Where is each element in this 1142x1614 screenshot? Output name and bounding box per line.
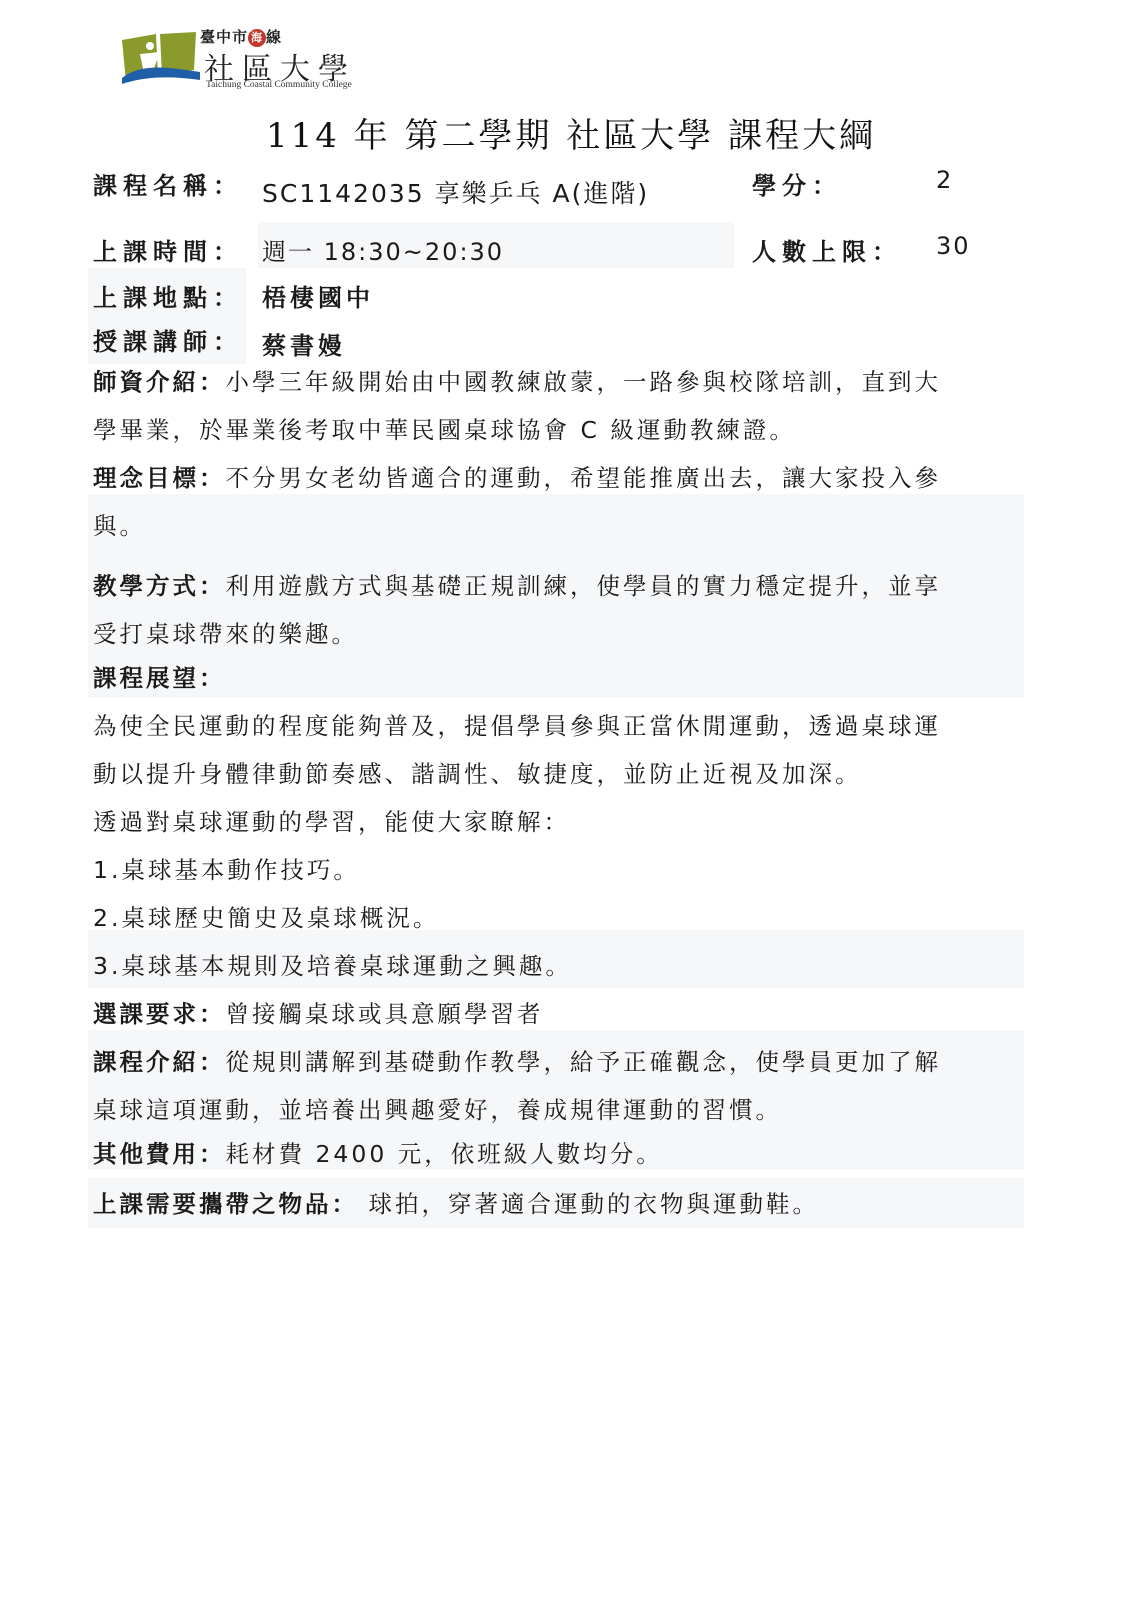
time-label: 上課時間： (93, 232, 243, 267)
goal-label: 理念目標： (93, 464, 226, 492)
page-title: 114 年 第二學期 社區大學 課程大綱 (0, 108, 1142, 157)
method-section: 教學方式：利用遊戲方式與基礎正規訓練，使學員的實力穩定提升，並享 受打桌球帶來的… (93, 562, 1053, 658)
outlook-section: 課程展望： 為使全民運動的程度能夠普及，提倡學員參與正當休閒運動，透過桌球運 動… (93, 654, 1053, 990)
outlook-label: 課程展望： (93, 664, 226, 692)
location-value: 梧棲國中 (262, 278, 374, 313)
capacity-label: 人數上限： (752, 232, 902, 267)
open-book-logo-icon (122, 32, 200, 84)
course-name-value: SC1142035 享樂乒乓 A(進階) (262, 174, 649, 210)
outlook-item: 3.桌球基本規則及培養桌球運動之興趣。 (93, 952, 572, 980)
logo-english-text: Taichung Coastal Community College (206, 80, 352, 90)
bring-label: 上課需要攜帶之物品： (93, 1190, 358, 1218)
credits-value: 2 (936, 166, 953, 194)
method-label: 教學方式： (93, 572, 226, 600)
credits-label: 學分： (752, 166, 842, 201)
bio-section: 師資介紹：小學三年級開始由中國教練啟蒙，一路參與校隊培訓，直到大 學畢業，於畢業… (93, 358, 1053, 454)
location-label: 上課地點： (93, 278, 243, 313)
outlook-item: 1.桌球基本動作技巧。 (93, 856, 360, 884)
requirement-label: 選課要求： (93, 1000, 226, 1028)
bio-label: 師資介紹： (93, 368, 226, 396)
intro-label: 課程介紹： (93, 1048, 226, 1076)
fees-label: 其他費用： (93, 1140, 226, 1168)
fees-section: 其他費用：耗材費 2400 元，依班級人數均分。 (93, 1130, 1053, 1178)
intro-section: 課程介紹：從規則講解到基礎動作教學，給予正確觀念，使學員更加了解 桌球這項運動，… (93, 1038, 1053, 1134)
bring-section: 上課需要攜帶之物品： 球拍，穿著適合運動的衣物與運動鞋。 (93, 1180, 1053, 1228)
outlook-item: 2.桌球歷史簡史及桌球概況。 (93, 904, 439, 932)
requirement-section: 選課要求：曾接觸桌球或具意願學習者 (93, 990, 1053, 1038)
college-logo: 臺中市海線 社區大學 Taichung Coastal Community Co… (120, 24, 360, 90)
course-name-label: 課程名稱： (93, 166, 243, 201)
teacher-value: 蔡書嫚 (262, 326, 346, 361)
goal-section: 理念目標：不分男女老幼皆適合的運動，希望能推廣出去，讓大家投入參 與。 (93, 454, 1053, 550)
teacher-label: 授課講師： (93, 322, 243, 357)
capacity-value: 30 (936, 232, 971, 260)
time-value: 週一 18:30~20:30 (262, 232, 504, 267)
